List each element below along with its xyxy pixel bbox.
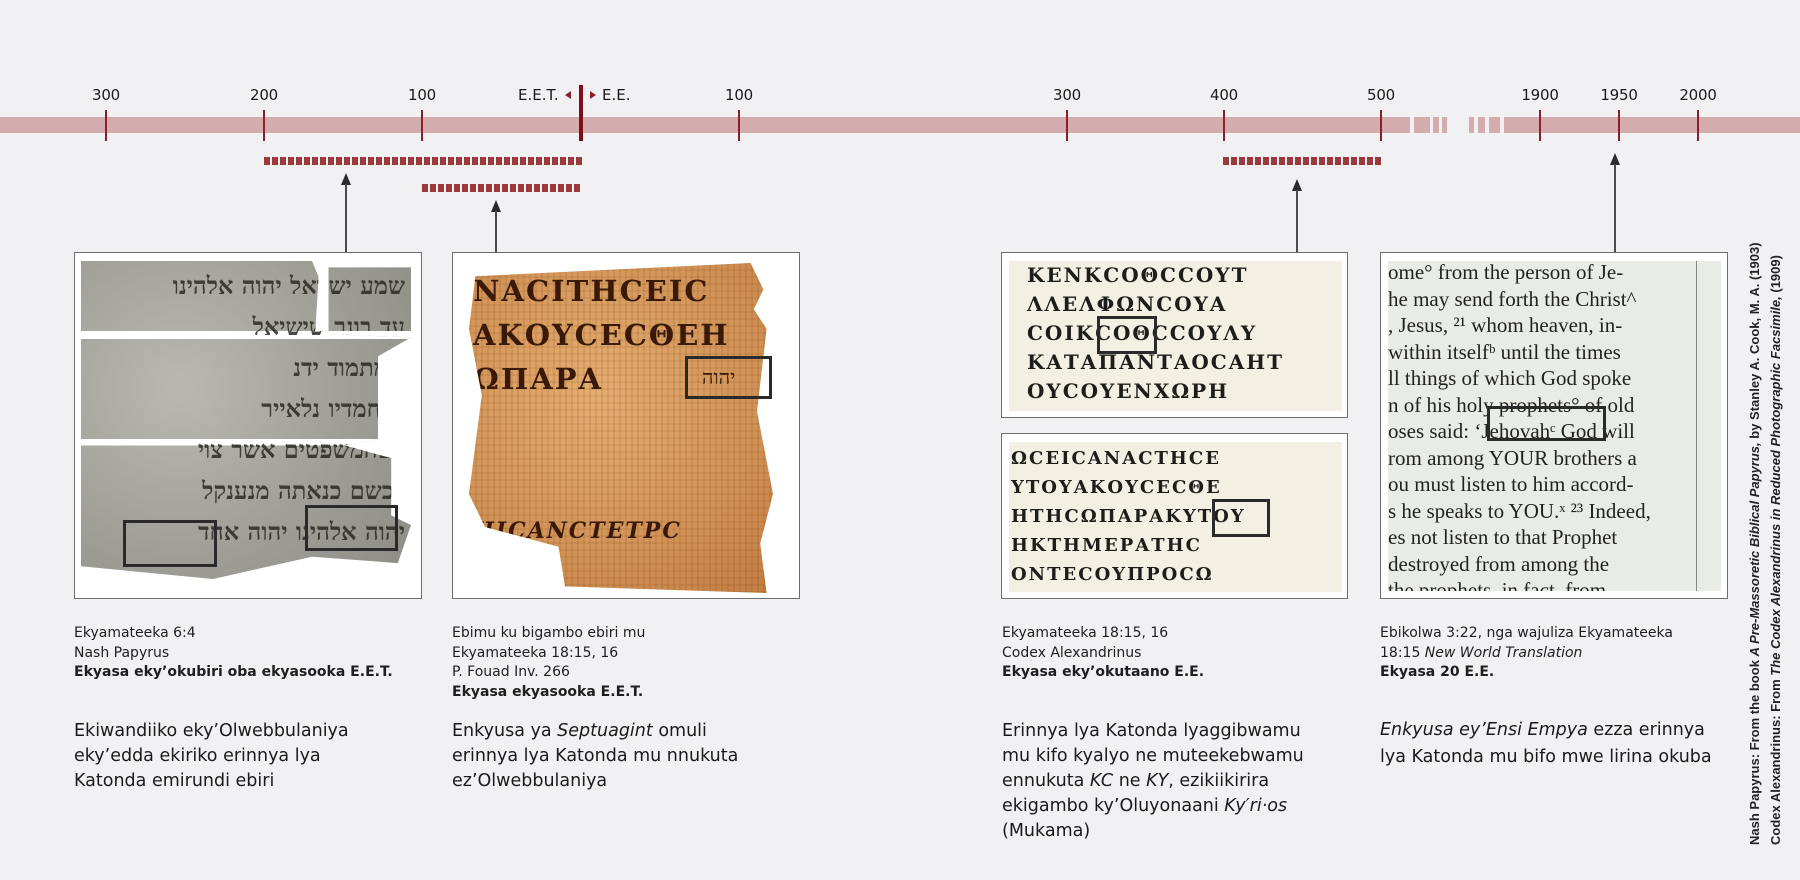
timeline-bar: [1504, 117, 1800, 133]
timeline-tick: [1380, 110, 1382, 141]
caption-nwt: Ebikolwa 3:22, nga wajuliza Ekyamateeka …: [1380, 624, 1740, 683]
era-divider: [579, 85, 583, 141]
timeline-tick: [1618, 110, 1620, 141]
tick-label-500-ce: 500: [1367, 86, 1395, 104]
codex-alexandrinus-image-top: ΚΕΝΚCΟΘCCΟΥΤ ΛΛΕΛΦΩΝCΟΥΑ CΟΙΚCΟΘCCΟΥΛΥ Κ…: [1001, 252, 1348, 418]
timeline-tick: [421, 110, 423, 141]
date-nwt: Ekyasa 20 E.E.: [1380, 663, 1740, 683]
fouad-papyrus-scan: ΝΑCΙΤΗCΕΙC ΑΚΟΥCΕCΘΕΗ ΩΠΑΡΑ ΗΙCΑΝCΤΕΤΡC: [469, 263, 789, 593]
date-range-alexandrinus: [1223, 157, 1383, 165]
description-fouad: Enkyusa ya Septuagint omuli erinnya lya …: [452, 719, 812, 794]
timeline-bar-break: [1489, 117, 1500, 133]
timeline-tick: [1697, 110, 1699, 141]
credit-nash: Nash Papyrus: From the book A Pre-Massor…: [1744, 242, 1765, 845]
timeline-bar-break: [1469, 117, 1474, 133]
timeline-tick: [105, 110, 107, 141]
description-nwt: Enkyusa ey’Ensi Empya ezza erinnya lya K…: [1380, 717, 1750, 771]
timeline-bar-break: [1478, 117, 1485, 133]
timeline-tick: [1223, 110, 1225, 141]
arrow-right-icon: [590, 91, 596, 99]
ky-abbreviation-highlight: [1212, 499, 1270, 537]
tick-label-300-bce: 300: [92, 86, 120, 104]
connector-fouad: [495, 211, 497, 252]
date-alexandrinus: Ekyasa eky’okutaano E.E.: [1002, 663, 1362, 683]
divine-name-highlight: [123, 520, 217, 567]
nwt-margin-rule: [1696, 261, 1697, 591]
caption-alexandrinus: Ekyamateeka 18:15, 16 Codex Alexandrinus…: [1002, 624, 1362, 683]
tetragrammaton-text: יהוה: [702, 365, 735, 390]
arrow-left-icon: [565, 91, 571, 99]
date-fouad: Ekyasa ekyasooka E.E.T.: [452, 683, 812, 703]
connector-nash: [345, 184, 347, 252]
timeline-tick: [1539, 110, 1541, 141]
timeline-bar: [0, 117, 1410, 133]
codex-scan-top: ΚΕΝΚCΟΘCCΟΥΤ ΛΛΕΛΦΩΝCΟΥΑ CΟΙΚCΟΘCCΟΥΛΥ Κ…: [1009, 261, 1342, 411]
fouad-greek-text: ΝΑCΙΤΗCΕΙC ΑΚΟΥCΕCΘΕΗ ΩΠΑΡΑ ΗΙCΑΝCΤΕΤΡC: [469, 263, 734, 559]
connector-nwt: [1614, 164, 1616, 252]
codex-greek-text-bottom: ΩCΕΙCΑΝΑCΤΗCΕ ΥΤΟΥΑΚΟΥCΕCΘΕ ΗΤΗCΩΠΑΡΑΚΥΤ…: [1011, 444, 1246, 589]
tick-label-200-bce: 200: [250, 86, 278, 104]
timeline-bar-break: [1442, 117, 1447, 133]
timeline-bar-break: [1414, 117, 1430, 133]
codex-alexandrinus-image-bottom: ΩCΕΙCΑΝΑCΤΗCΕ ΥΤΟΥΑΚΟΥCΕCΘΕ ΗΤΗCΩΠΑΡΑΚΥΤ…: [1001, 433, 1348, 599]
tick-label-100-bce: 100: [408, 86, 436, 104]
tick-label-1900: 1900: [1521, 86, 1558, 104]
timeline-tick: [263, 110, 265, 141]
connector-alexandrinus: [1296, 190, 1298, 252]
timeline-bar-break: [1433, 117, 1439, 133]
tick-label-300-ce: 300: [1053, 86, 1081, 104]
nash-papyrus-image: שמע ישראל יהוה אלהינו עד בונר שישיאל שמת…: [74, 252, 422, 599]
date-range-nash: [264, 157, 582, 165]
tick-label-2000: 2000: [1679, 86, 1716, 104]
kc-abbreviation-highlight: [1097, 316, 1157, 354]
divine-name-highlight: [305, 505, 398, 551]
era-label-ce: E.E.: [602, 86, 631, 104]
date-nash: Ekyasa eky’okubiri oba ekyasooka E.E.T.: [74, 663, 434, 683]
timeline-tick: [738, 110, 740, 141]
description-nash: Ekiwandiiko eky’Olwebbulaniya eky’edda e…: [74, 719, 434, 794]
codex-scan-bottom: ΩCΕΙCΑΝΑCΤΗCΕ ΥΤΟΥΑΚΟΥCΕCΘΕ ΗΤΗCΩΠΑΡΑΚΥΤ…: [1009, 442, 1342, 592]
description-alexandrinus: Erinnya lya Katonda lyaggibwamu mu kifo …: [1002, 719, 1372, 844]
tick-label-1950: 1950: [1600, 86, 1637, 104]
nwt-page-image: ome° from the person of Je- he may send …: [1380, 252, 1728, 599]
tick-label-100-ce: 100: [725, 86, 753, 104]
image-credits: Nash Papyrus: From the book A Pre-Massor…: [1744, 242, 1786, 845]
credit-alexandrinus: Codex Alexandrinus: From The Codex Alexa…: [1765, 242, 1786, 845]
tick-label-400-ce: 400: [1210, 86, 1238, 104]
caption-nash: Ekyamateeka 6:4 Nash Papyrus Ekyasa eky’…: [74, 624, 434, 683]
fouad-papyrus-image: ΝΑCΙΤΗCΕΙC ΑΚΟΥCΕCΘΕΗ ΩΠΑΡΑ ΗΙCΑΝCΤΕΤΡC …: [452, 252, 800, 599]
timeline-tick: [1066, 110, 1068, 141]
tetragrammaton-highlight: יהוה: [685, 356, 772, 399]
date-range-fouad: [422, 184, 582, 192]
era-label-bce: E.E.T.: [518, 86, 559, 104]
jehovah-highlight: [1487, 406, 1606, 441]
caption-fouad: Ebimu ku bigambo ebiri mu Ekyamateeka 18…: [452, 624, 812, 702]
